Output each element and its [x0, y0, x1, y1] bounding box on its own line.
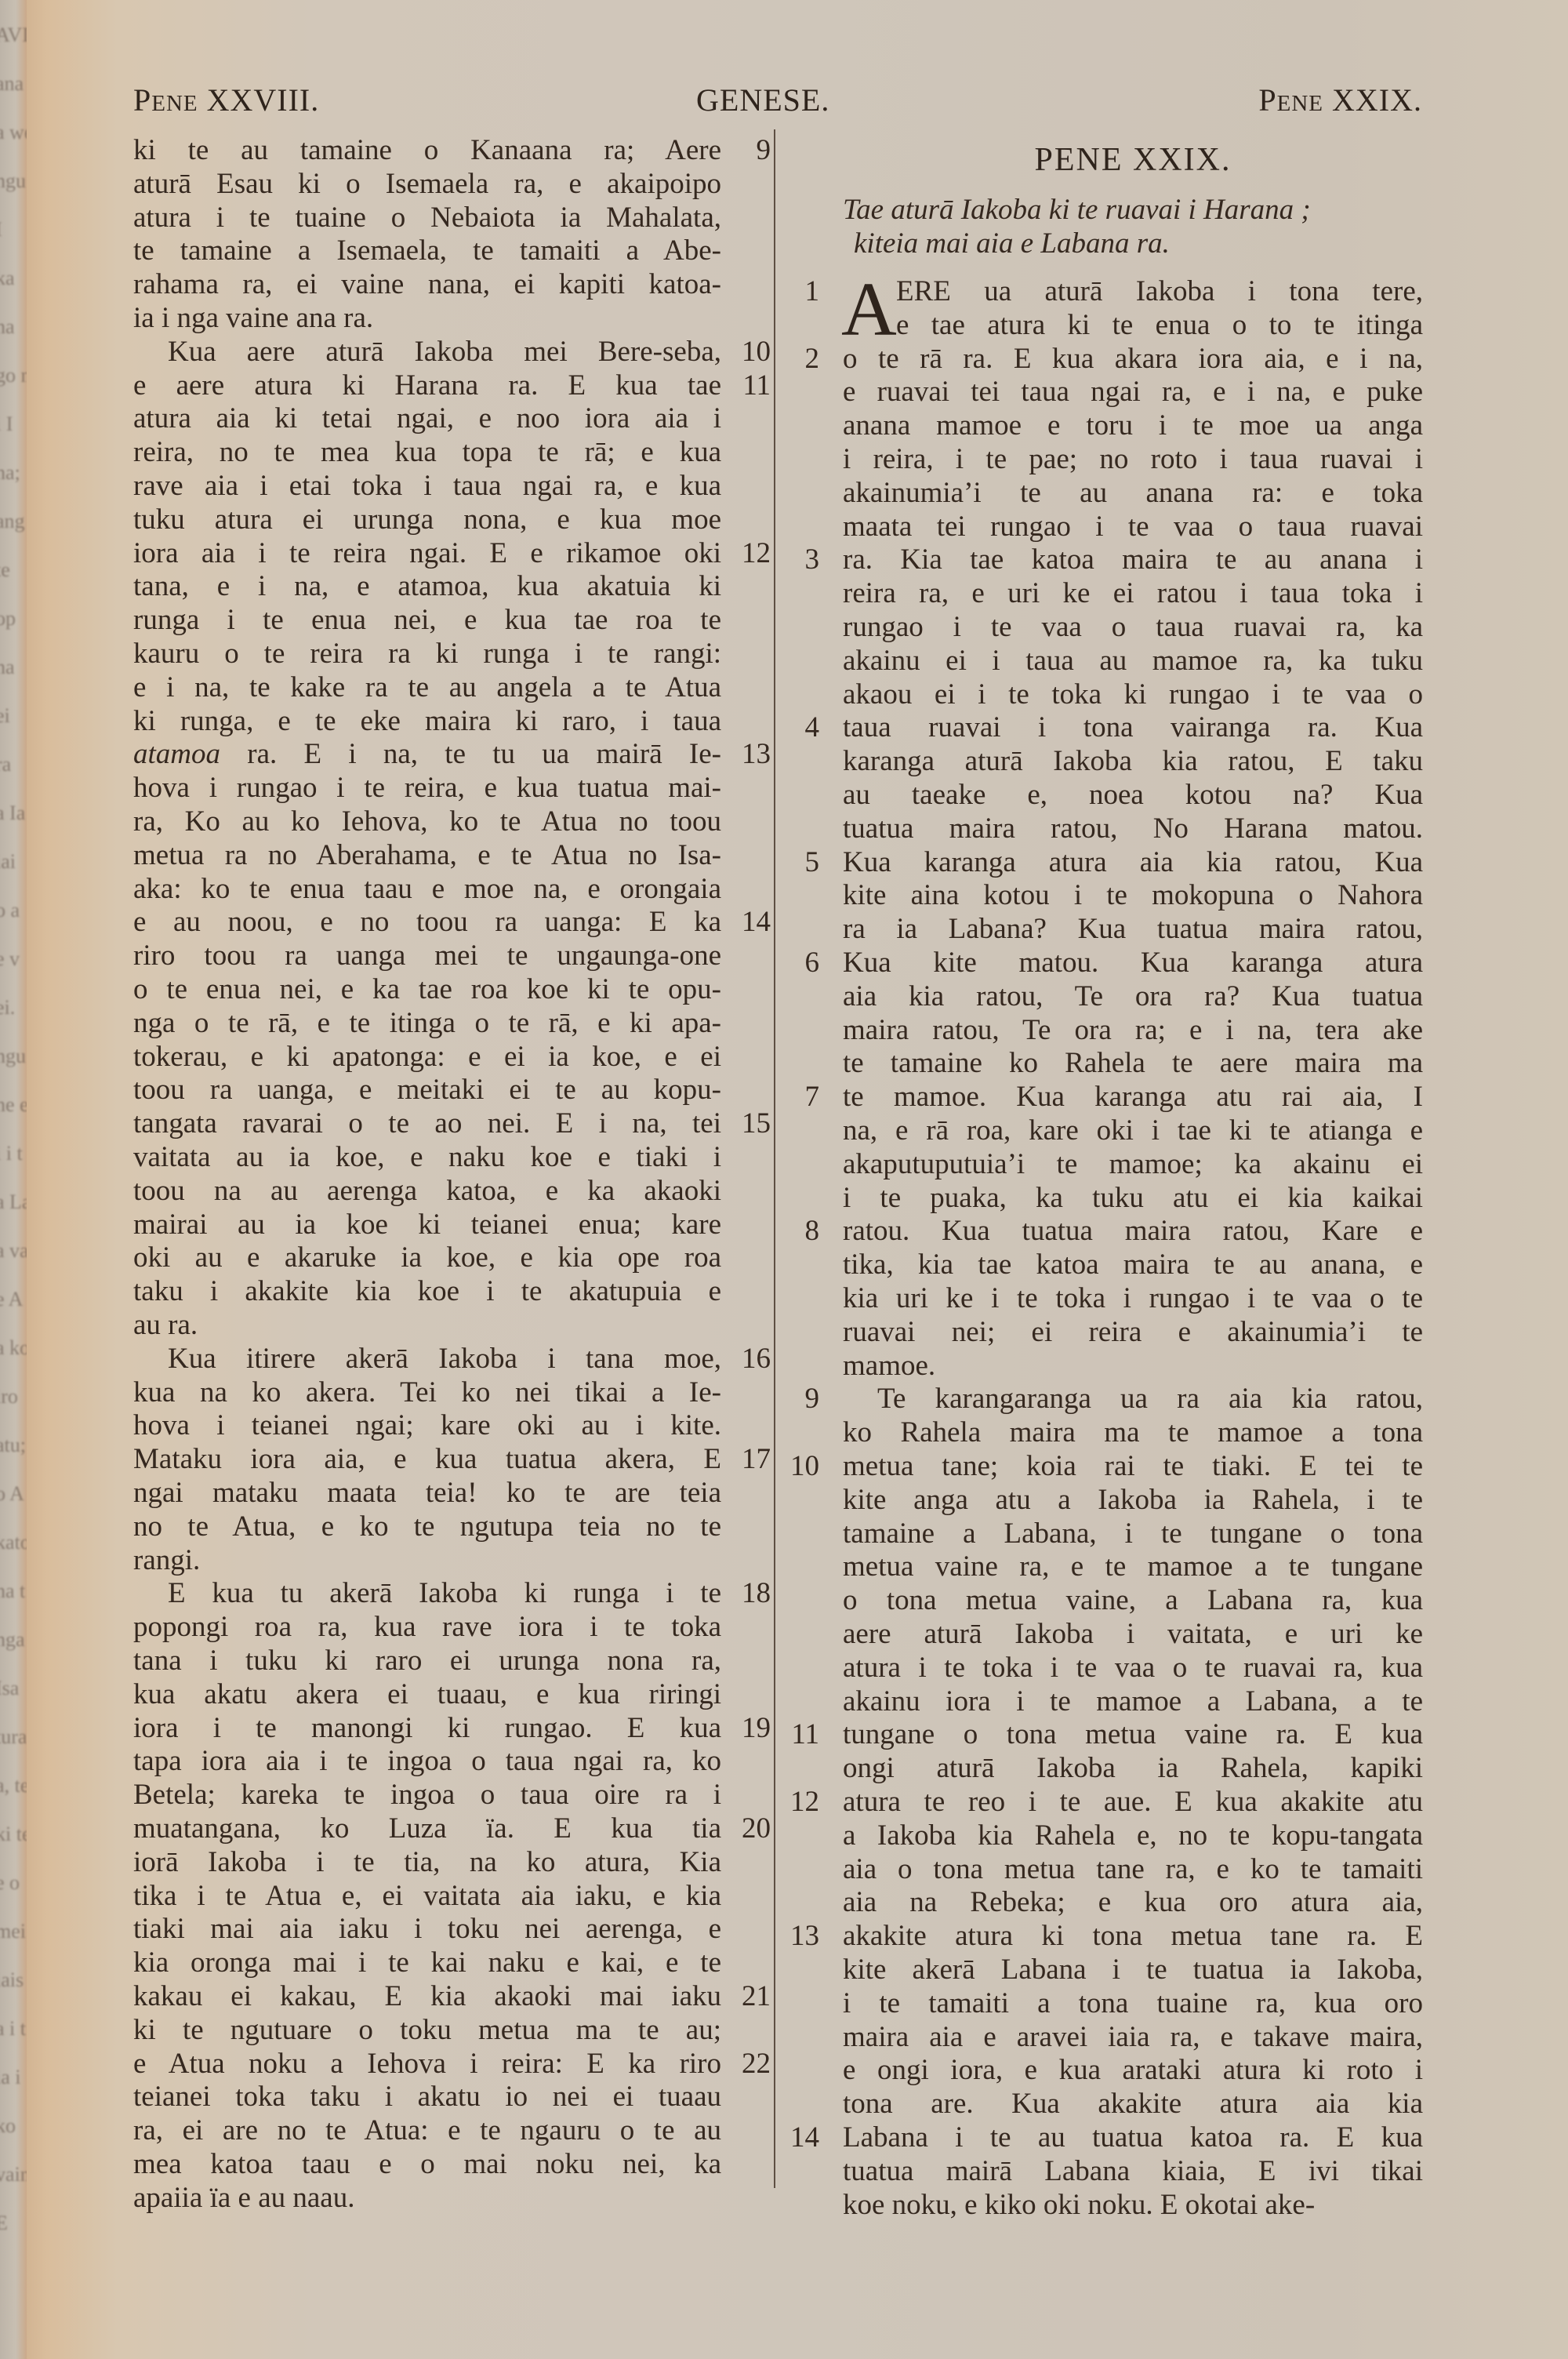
- text-line: a Iakoba kia Rahela e, no te kopu-tangat…: [843, 1819, 1423, 1852]
- adjacent-page-text-fragment: o A: [0, 1482, 24, 1506]
- text-line: maira ratou, Te ora ra; e i na, tera ake: [843, 1013, 1423, 1047]
- text-line: ruavai nei; ei reira e akainumia’i te: [843, 1315, 1423, 1349]
- text-line: kakau ei kakau, E kia akaoki mai iaku: [133, 1979, 721, 2013]
- text-line: aka: ko te enua taau e moe na, e orongai…: [133, 872, 721, 906]
- text-line: tika, kia tae katoa maira te au anana, e: [843, 1248, 1423, 1281]
- text-line: Mataku iora aia, e kua tuatua akera, E: [133, 1442, 721, 1476]
- verse-number: 18: [735, 1576, 771, 1610]
- verse-number: 8: [776, 1214, 819, 1248]
- text-line: rangi.: [133, 1543, 721, 1577]
- text-line: reira, no te mea kua topa te rā; e kua: [133, 435, 721, 469]
- text-line: tona are. Kua akakite atura aia kia: [843, 2087, 1423, 2121]
- text-line: tamaine a Labana, i te tungane o tona: [843, 1517, 1423, 1550]
- adjacent-page-text-fragment: atu;: [0, 1434, 26, 1457]
- text-line: aia o tona metua tane ra, e ko te tamait…: [843, 1852, 1423, 1886]
- text-line: toou na au aerenga katoa, e ka akaoki: [133, 1174, 721, 1208]
- text-line: apaiia ïa e au naau.: [133, 2181, 721, 2215]
- text-line: tuatua mairā Labana kiaia, E ivi tikai: [843, 2154, 1423, 2188]
- verse-number: 2: [776, 342, 819, 376]
- adjacent-page-text-fragment: na: [0, 315, 15, 339]
- verse-number: 1: [776, 274, 819, 308]
- text-line: akainu ei i taua au mamoe ra, ka tuku: [843, 644, 1423, 678]
- text-line: ra, ei are no te Atua: e te ngauru o te …: [133, 2114, 721, 2147]
- text-line: akaou ei i te toka ki rungao i te vaa o: [843, 678, 1423, 711]
- verse-number: 13: [735, 737, 771, 771]
- text-line: vaitata au ia koe, e naku koe e tiaki i: [133, 1140, 721, 1174]
- text-line: e Atua noku a Iehova i reira: E ka riro: [133, 2047, 721, 2081]
- verse-number: 15: [735, 1107, 771, 1140]
- text-line: ki te au tamaine o Kanaana ra; Aere: [133, 133, 721, 167]
- text-line: runga i te enua nei, e kua tae roa te: [133, 603, 721, 637]
- text-line: atura i te tuaine o Nebaiota ia Mahalata…: [133, 201, 721, 234]
- adjacent-page-text-fragment: tura: [0, 1725, 27, 1749]
- text-line: hova i teianei ngai; kare oki au i kite.: [133, 1408, 721, 1442]
- text-line: aere aturā Iakoba i vaitata, e uri ke: [843, 1617, 1423, 1651]
- text-line: ra, Ko au ko Iehova, ko te Atua no toou: [133, 805, 721, 838]
- text-line: Kua kite matou. Kua karanga atura: [843, 946, 1423, 980]
- running-head-right-numeral: XXIX.: [1323, 82, 1422, 118]
- text-line: na, e rā roa, kare oki i tae ki te atian…: [843, 1114, 1423, 1147]
- text-line: koe noku, e kiko oki noku. E okotai ake-: [843, 2188, 1423, 2222]
- verse-number: 11: [735, 369, 771, 402]
- text-line: mairai au ia koe ki teianei enua; kare: [133, 1208, 721, 1241]
- text-line: tokerau, e ki apatonga: e ei ia koe, e e…: [133, 1040, 721, 1074]
- adjacent-page-text-fragment: e o: [0, 1871, 20, 1895]
- text-line: taku i akakite kia koe i te akatupuia e: [133, 1274, 721, 1308]
- text-line: i reira, i te pae; no roto i taua ruavai…: [843, 442, 1423, 476]
- verse-number: 6: [776, 946, 819, 980]
- adjacent-page-text-fragment: a La: [0, 1190, 27, 1214]
- adjacent-page-text-fragment: ia i: [0, 2066, 21, 2089]
- text-line: Te karangaranga ua ra aia kia ratou,: [877, 1382, 1423, 1416]
- text-line: iora aia i te reira ngai. E e rikamoe ok…: [133, 536, 721, 570]
- text-line: metua tane; koia rai te tiaki. E tei te: [843, 1449, 1423, 1483]
- text-line: kua akatu akera ei tuaau, e kua riringi: [133, 1677, 721, 1711]
- text-line: akainumia’i te au anana ra: e toka: [843, 476, 1423, 510]
- text-line: e ruavai tei taua ngai ra, e i na, e puk…: [843, 375, 1423, 409]
- text-line: kite akerā Labana i te tuatua ia Iakoba,: [843, 1953, 1423, 1986]
- adjacent-page-text-fragment: nga: [0, 1628, 25, 1652]
- adjacent-page-text-fragment: o a: [0, 899, 20, 922]
- adjacent-page-text-fragment: mei: [0, 1920, 26, 1943]
- running-head-book-title: GENESE.: [696, 82, 829, 118]
- verse-number: 11: [776, 1717, 819, 1751]
- running-head-left: PENE XXVIII.: [133, 82, 319, 118]
- verse-number: 17: [735, 1442, 771, 1476]
- text-line: akainu iora i te mamoe a Labana, a te: [843, 1685, 1423, 1718]
- text-line: atura te reo i te aue. E kua akakite atu: [843, 1785, 1423, 1819]
- adjacent-page-text-fragment: ne e: [0, 1093, 27, 1117]
- verse-number: 20: [735, 1812, 771, 1845]
- text-line: o te enua nei, e ka tae roa koe ki te op…: [133, 972, 721, 1006]
- text-line: Kua karanga atura aia kia ratou, Kua: [843, 845, 1423, 879]
- text-line: Kua aere aturā Iakoba mei Bere-seba,: [168, 335, 721, 369]
- text-line: kua na ko akera. Tei ko nei tikai a Ie-: [133, 1376, 721, 1409]
- text-line: taua ruavai i tona vairanga ra. Kua: [843, 711, 1423, 744]
- text-line: muatangana, ko Luza ïa. E kua tia: [133, 1812, 721, 1845]
- text-line: tuku atura ei urunga nona, e kua moe: [133, 503, 721, 536]
- text-line: popongi roa ra, kua rave iora i te toka: [133, 1610, 721, 1644]
- text-line: te tamaine a Isemaela, te tamaiti a Abe-: [133, 234, 721, 267]
- verse-number: 12: [776, 1785, 819, 1819]
- running-head-right-smallcaps: ENE: [1277, 91, 1323, 116]
- verse-number: 12: [735, 536, 771, 570]
- verse-number: 19: [735, 1711, 771, 1745]
- running-head-right-initial: P: [1258, 82, 1276, 118]
- adjacent-page-text-fragment: na: [0, 656, 15, 679]
- adjacent-page-text-fragment: i i t: [0, 1142, 23, 1165]
- text-line: aturā Esau ki o Isemaela ra, e akaipoipo: [133, 167, 721, 201]
- text-line: akakite atura ki tona metua tane ra. E: [843, 1919, 1423, 1953]
- text-line: Betela; kareka te ingoa o taua oire ra i: [133, 1778, 721, 1812]
- verse-number: 16: [735, 1342, 771, 1376]
- text-line: te mamoe. Kua karanga atu rai aia, I: [843, 1080, 1423, 1114]
- text-line: te tamaine ko Rahela te aere maira ma: [843, 1046, 1423, 1080]
- text-line: o tona metua vaine, a Labana ra, kua: [843, 1583, 1423, 1617]
- verse-number: 5: [776, 845, 819, 879]
- text-line: ngai mataku maata teia! ko te are teia: [133, 1476, 721, 1510]
- text-line: e i na, te kake ra te au angela a te Atu…: [133, 671, 721, 704]
- verse-number: 22: [735, 2047, 771, 2081]
- book-page-scan: AVIanaa wenguIkanago ni Ina;angteopnaeir…: [0, 0, 1568, 2359]
- verse-number: 7: [776, 1080, 819, 1114]
- text-line: kia oronga mai i te kai naku e kai, e te: [133, 1946, 721, 1979]
- text-line: oki au e akaruke ia koe, e kia ope roa: [133, 1241, 721, 1274]
- text-line: tangata ravarai o te ao nei. E i na, tei: [133, 1107, 721, 1140]
- text-line: i te tamaiti a tona tuaine ra, kua oro: [843, 1986, 1423, 2020]
- text-line: e tae atura ki te enua o to te itinga: [896, 308, 1423, 342]
- verse-number: 10: [776, 1449, 819, 1483]
- running-head-left-numeral: XXVIII.: [198, 82, 320, 118]
- verse-number: 13: [776, 1919, 819, 1953]
- text-line: rahama ra, ei vaine nana, ei kapiti kato…: [133, 267, 721, 301]
- adjacent-page-text-fragment: e v: [0, 947, 20, 971]
- text-line: metua ra no Aberahama, e te Atua no Isa-: [133, 838, 721, 872]
- text-line: iora i te manongi ki rungao. E kua: [133, 1711, 721, 1745]
- text-line: riro toou ra uanga mei te ungaunga-one: [133, 939, 721, 972]
- running-head-right: PENE XXIX.: [1258, 82, 1422, 118]
- drop-cap-letter: A: [841, 276, 897, 343]
- text-line: teianei toka taku i akatu io nei ei tuaa…: [133, 2080, 721, 2114]
- text-line: anana mamoe e toru i te moe ua anga: [843, 409, 1423, 442]
- text-line: e ongi iora, e kua arataki atura ki roto…: [843, 2053, 1423, 2087]
- adjacent-page-text-fragment: ko: [0, 2114, 16, 2138]
- text-line: iorā Iakoba i te tia, na ko atura, Kia: [133, 1845, 721, 1879]
- text-line: ko Rahela maira ma te mamoe a tona: [843, 1416, 1423, 1449]
- text-line: tapa iora aia i te ingoa o taua ngai ra,…: [133, 1744, 721, 1778]
- adjacent-page-text-fragment: ngu: [0, 169, 26, 193]
- text-line: maata tei rungao i te vaa o taua ruavai: [843, 510, 1423, 543]
- adjacent-page-edge: AVIanaa wenguIkanago ni Ina;angteopnaeir…: [0, 0, 27, 2359]
- adjacent-page-text-fragment: Isa: [0, 1677, 19, 1700]
- adjacent-page-text-fragment: na t: [0, 1579, 25, 1603]
- adjacent-page-text-fragment: E: [0, 2212, 8, 2235]
- adjacent-page-text-fragment: e A: [0, 1288, 23, 1311]
- text-line: kite aina kotou i te mokopuna o Nahora: [843, 878, 1423, 912]
- verse-number: 14: [776, 2121, 819, 2154]
- text-line: tana, e i na, e atamoa, kua akatuia ki: [133, 569, 721, 603]
- text-line: reira ra, e uri ke ei ratou i taua toka …: [843, 576, 1423, 610]
- text-line: nga o te rā, e te itinga o te rā, e ki a…: [133, 1006, 721, 1040]
- adjacent-page-text-fragment: ei.: [0, 996, 15, 1020]
- text-line: aia kia ratou, Te ora ra? Kua tuatua: [843, 980, 1423, 1013]
- text-line: tana i tuku ki raro ei urunga nona ra,: [133, 1644, 721, 1677]
- text-line: au taeake e, noea kotou na? Kua: [843, 778, 1423, 812]
- text-line: e au noou, e no toou ra uanga: E ka: [133, 905, 721, 939]
- adjacent-page-text-fragment: go n: [0, 364, 27, 387]
- text-line: maira aia e aravei iaia ra, e takave mai…: [843, 2020, 1423, 2054]
- adjacent-page-text-fragment: na;: [0, 461, 20, 485]
- adjacent-page-text-fragment: ka: [0, 267, 15, 290]
- adjacent-page-text-fragment: iais: [0, 1968, 24, 1992]
- text-line: ongi aturā Iakoba ia Rahela, kapiki: [843, 1751, 1423, 1785]
- text-line: ratou. Kua tuatua maira ratou, Kare e: [843, 1214, 1423, 1248]
- text-line: o te rā ra. E kua akara iora aia, e i na…: [843, 342, 1423, 376]
- text-line: tungane o tona metua vaine ra. E kua: [843, 1717, 1423, 1751]
- text-line: i te puaka, ka tuku atu ei kia kaikai: [843, 1181, 1423, 1215]
- verse-number: 21: [735, 1979, 771, 2013]
- adjacent-page-text-fragment: a Ia: [0, 801, 25, 825]
- chapter-heading: PENE XXIX.: [843, 141, 1423, 179]
- adjacent-page-text-fragment: a, te: [0, 1774, 27, 1797]
- adjacent-page-text-fragment: katoa: [0, 1531, 27, 1554]
- text-line: metua vaine ra, e te mamoe a te tungane: [843, 1550, 1423, 1583]
- text-line: Labana i te au tuatua katoa ra. E kua: [843, 2121, 1423, 2154]
- adjacent-page-text-fragment: i I: [0, 413, 13, 436]
- adjacent-page-text-fragment: I: [0, 218, 2, 242]
- text-line: rungao i te vaa o taua ruavai ra, ka: [843, 610, 1423, 644]
- adjacent-page-text-fragment: ra: [0, 753, 11, 776]
- verse-number: 10: [735, 335, 771, 369]
- adjacent-page-text-fragment: ang: [0, 510, 25, 533]
- chapter-summary-line-2: kiteia mai aia e Labana ra.: [854, 227, 1170, 260]
- running-head-left-smallcaps: ENE: [151, 91, 198, 116]
- text-line: karanga aturā Iakoba kia ratou, E taku: [843, 744, 1423, 778]
- running-head-left-initial: P: [133, 82, 151, 118]
- adjacent-page-text-fragment: AVI: [0, 24, 27, 47]
- adjacent-page-text-fragment: a va: [0, 1239, 27, 1263]
- text-line: mea katoa taau e o mai noku nei, ka: [133, 2147, 721, 2181]
- italic-word: atamoa: [133, 738, 220, 770]
- text-line: kauru o te reira ra ki runga i te rangi:: [133, 637, 721, 671]
- verse-number: 3: [776, 543, 819, 576]
- text-line: kite anga atu a Iakoba ia Rahela, i te: [843, 1483, 1423, 1517]
- verse-number: 9: [776, 1382, 819, 1416]
- adjacent-page-text-fragment: op: [0, 607, 16, 631]
- text-line: ERE ua aturā Iakoba i tona tere,: [896, 274, 1423, 308]
- text-line: atura aia ki tetai ngai, e noo iora aia …: [133, 402, 721, 435]
- text-line: tika i te Atua e, ei vaitata aia iaku, e…: [133, 1879, 721, 1913]
- adjacent-page-text-fragment: ki te: [0, 1823, 27, 1846]
- text-line: aia na Rebeka; e kua oro atura aia,: [843, 1885, 1423, 1919]
- chapter-summary-line-1: Tae aturā Iakoba ki te ruavai i Harana ;: [843, 193, 1311, 227]
- adjacent-page-text-fragment: te: [0, 558, 10, 582]
- adjacent-page-text-fragment: a i t: [0, 2017, 26, 2041]
- text-line: e aere atura ki Harana ra. E kua tae: [133, 369, 721, 402]
- text-line: tiaki mai aia iaku i toku nei aerenga, e: [133, 1912, 721, 1946]
- verse-number: 4: [776, 711, 819, 744]
- text-line: rave aia i etai toka i taua ngai ra, e k…: [133, 469, 721, 503]
- adjacent-page-text-fragment: a ko: [0, 1336, 27, 1360]
- adjacent-page-text-fragment: ana: [0, 72, 24, 96]
- text-line: ki te ngutuare o toku metua ma te au;: [133, 2013, 721, 2047]
- adjacent-page-text-fragment: ei: [0, 704, 10, 728]
- text-line: au ra.: [133, 1308, 721, 1342]
- text-line: atamoa ra. E i na, te tu ua mairā Ie-: [133, 737, 721, 771]
- text-line: tuatua maira ratou, No Harana matou.: [843, 812, 1423, 845]
- text-line: ra. Kia tae katoa maira te au anana i: [843, 543, 1423, 576]
- text-line: mamoe.: [843, 1349, 1423, 1383]
- text-line: hova i rungao i te reira, e kua tuatua m…: [133, 771, 721, 805]
- adjacent-page-text-fragment: vaine: [0, 2163, 27, 2186]
- text-line: E kua tu akerā Iakoba ki runga i te: [168, 1576, 721, 1610]
- text-line: ia i nga vaine ana ra.: [133, 301, 721, 335]
- text-line: ki runga, e te eke maira ki raro, i taua: [133, 704, 721, 738]
- column-divider-rule: [774, 129, 775, 2188]
- text-line: atura i te toka i te vaa o te ruavai ra,…: [843, 1651, 1423, 1685]
- adjacent-page-text-fragment: iai: [0, 850, 16, 874]
- adjacent-page-text-fragment: ngu: [0, 1045, 26, 1068]
- text-line: toou ra uanga, e meitaki ei te au kopu-: [133, 1073, 721, 1107]
- verse-number: 9: [735, 133, 771, 167]
- text-line: Kua itirere akerā Iakoba i tana moe,: [168, 1342, 721, 1376]
- text-line: akaputuputuia’i te mamoe; ka akainu ei: [843, 1147, 1423, 1181]
- adjacent-page-text-fragment: iro: [0, 1385, 18, 1408]
- adjacent-page-text-fragment: a we: [0, 121, 27, 144]
- text-line: no te Atua, e ko te ngutupa teia no te: [133, 1510, 721, 1543]
- text-line: kia uri ke i te toka i rungao i te vaa o…: [843, 1281, 1423, 1315]
- verse-number: 14: [735, 905, 771, 939]
- text-line: ra ia Labana? Kua tuatua maira ratou,: [843, 912, 1423, 946]
